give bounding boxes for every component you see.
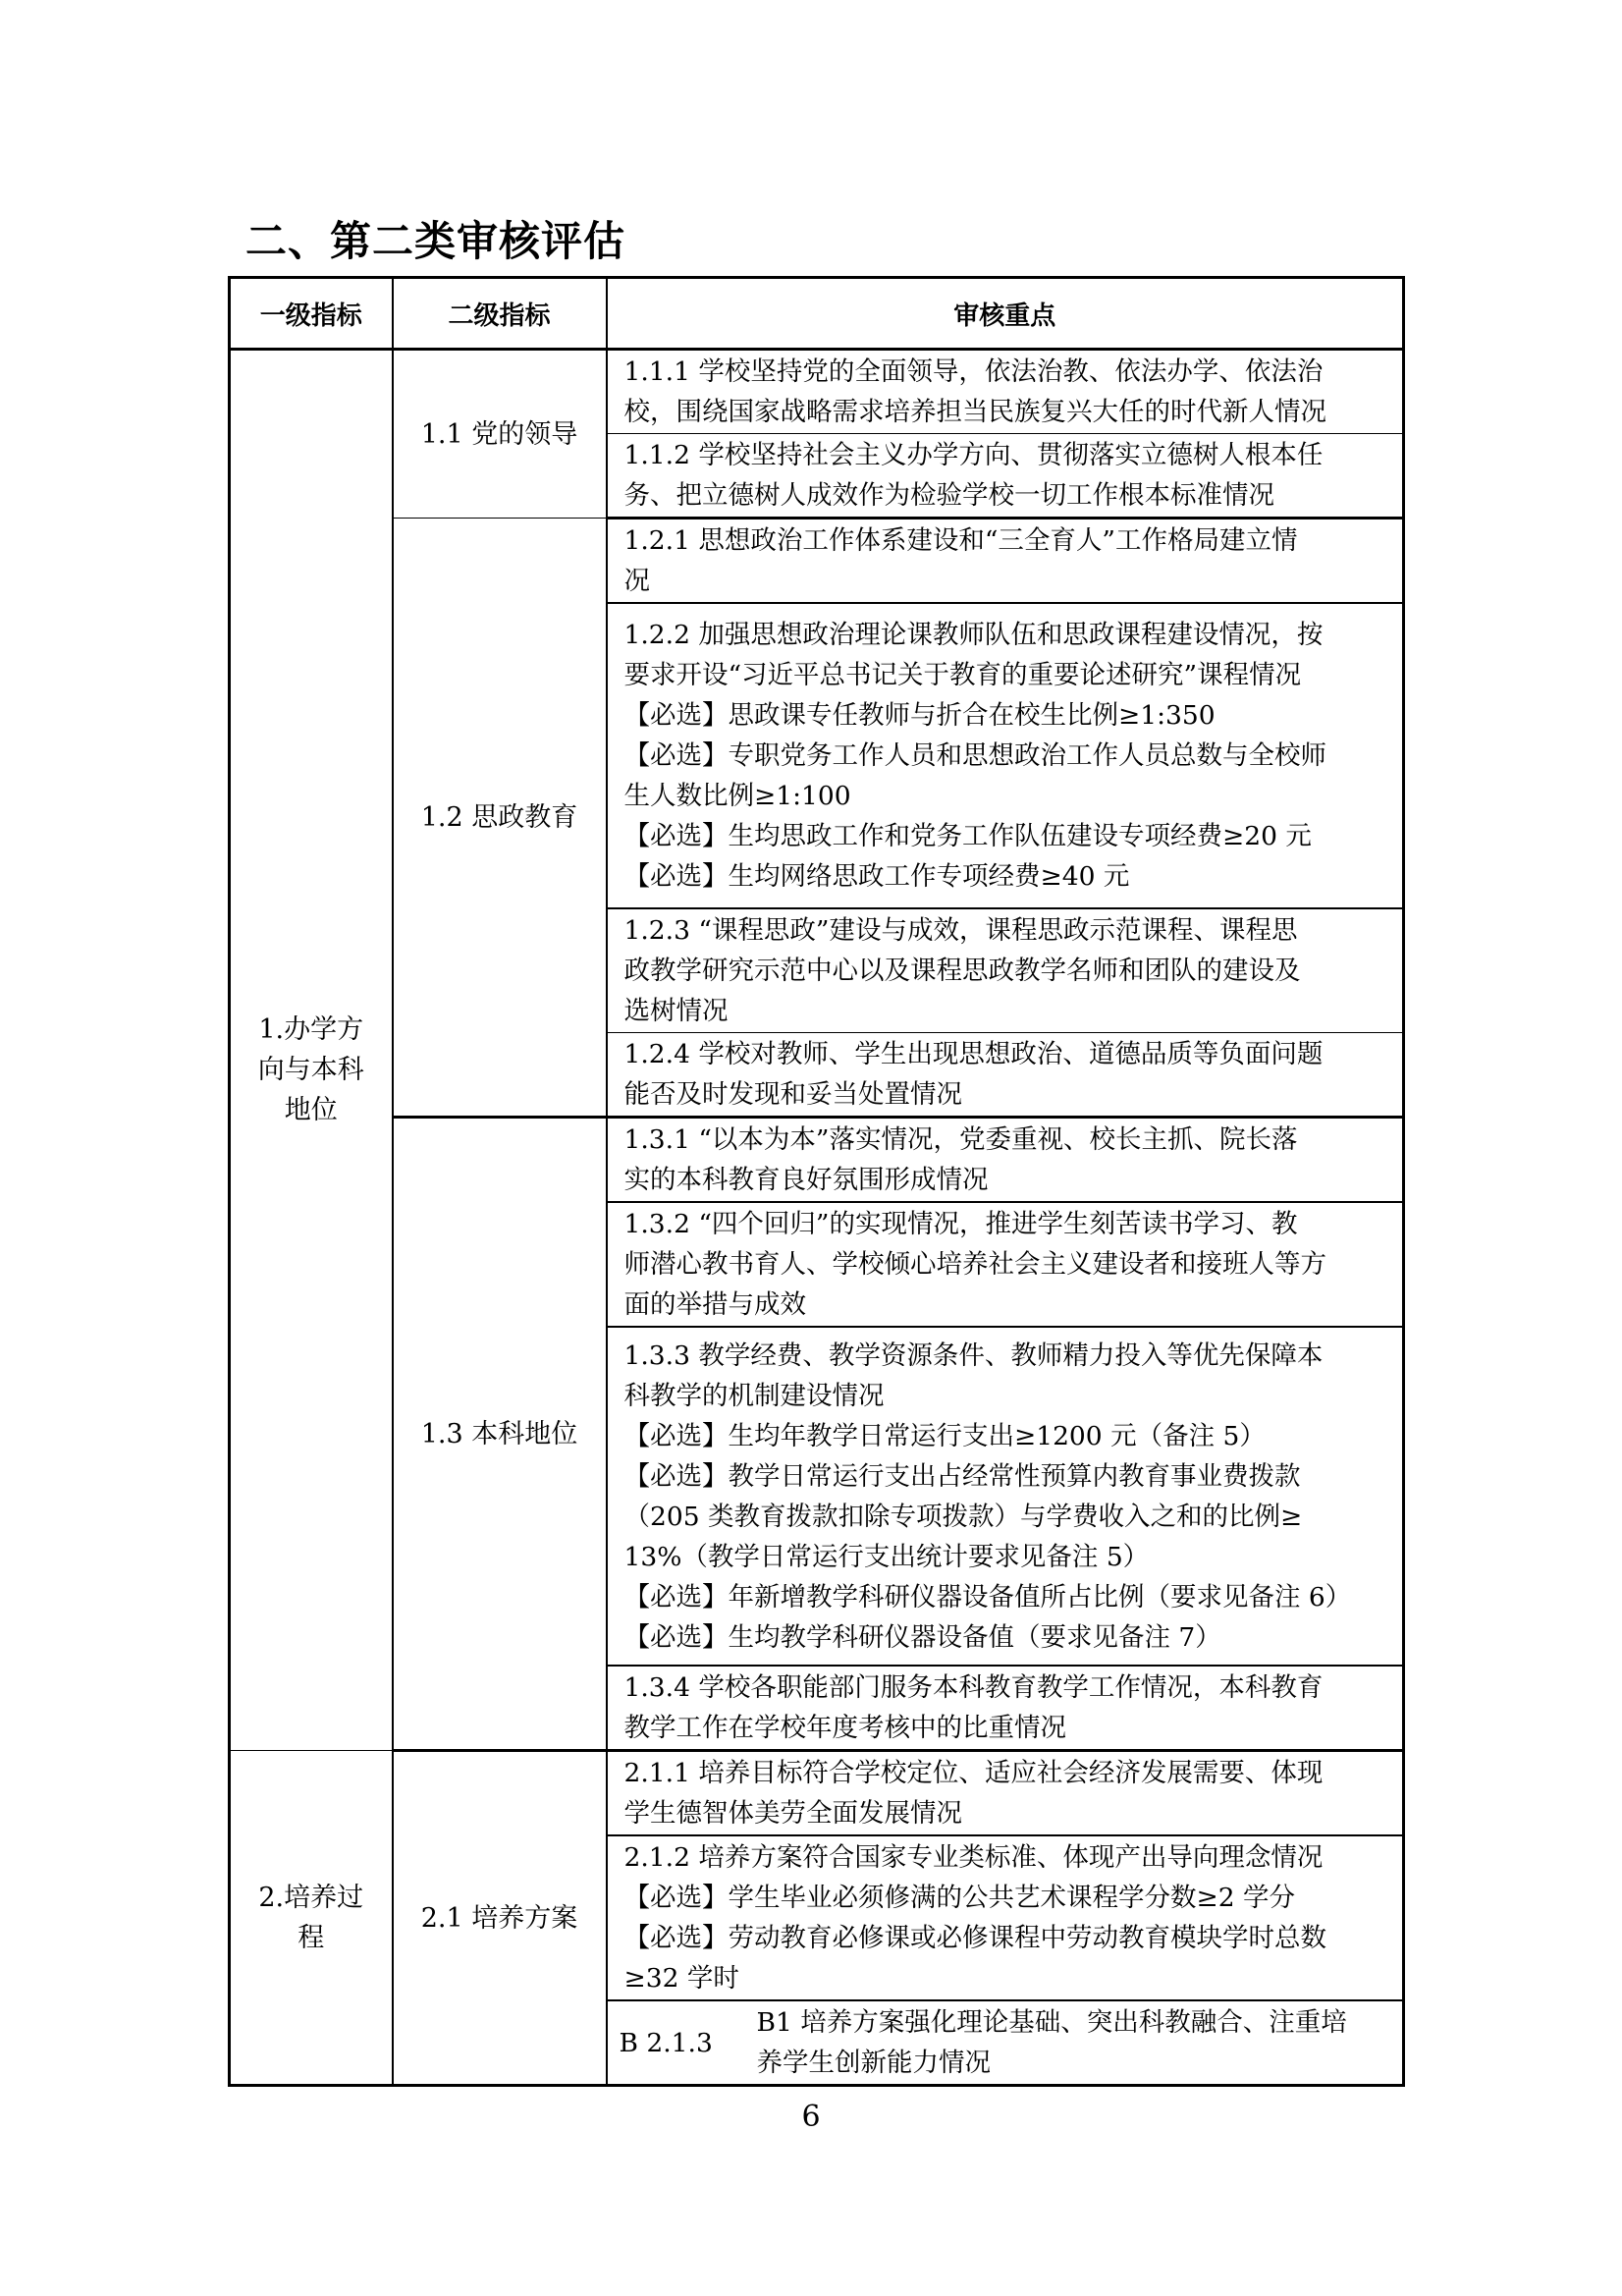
focus-line: 【必选】学生毕业必须修满的公共艺术课程学分数≥2 学分 <box>624 1878 1391 1918</box>
focus-line: 1.2.4 学校对教师、学生出现思想政治、道德品质等负面问题 <box>624 1034 1391 1074</box>
level1-cell: 2.培养过 程 <box>230 1751 393 2086</box>
focus-line: 1.2.1 思想政治工作体系建设和“三全育人”工作格局建立情 <box>624 520 1391 561</box>
focus-cell: 1.3.4 学校各职能部门服务本科教育教学工作情况，本科教育 教学工作在学校年度… <box>607 1666 1404 1751</box>
focus-cell: 1.1.1 学校坚持党的全面领导，依法治教、依法办学、依法治 校，围绕国家战略需… <box>607 350 1404 434</box>
focus-line: 况 <box>624 561 1391 601</box>
table-row: 1.2 思政教育 1.2.1 思想政治工作体系建设和“三全育人”工作格局建立情 … <box>230 519 1404 604</box>
focus-line: 1.3.2 “四个回归”的实现情况，推进学生刻苦读书学习、教 <box>624 1204 1391 1244</box>
focus-line: 1.3.3 教学经费、教学资源条件、教师精力投入等优先保障本 <box>624 1336 1391 1376</box>
focus-line: 2.1.2 培养方案符合国家专业类标准、体现产出导向理念情况 <box>624 1837 1391 1878</box>
focus-line: 选树情况 <box>624 991 1391 1031</box>
focus-cell-split: B 2.1.3 B1 培养方案强化理论基础、突出科教融合、注重培 养学生创新能力… <box>607 2000 1404 2086</box>
focus-cell: 1.3.1 “以本为本”落实情况，党委重视、校长主抓、院长落 实的本科教育良好氛… <box>607 1118 1404 1203</box>
focus-cell: 1.2.3 “课程思政”建设与成效，课程思政示范课程、课程思 政教学研究示范中心… <box>607 908 1404 1033</box>
level2-cell: 1.2 思政教育 <box>393 519 607 1118</box>
focus-line: 政教学研究示范中心以及课程思政教学名师和团队的建设及 <box>624 951 1391 991</box>
focus-line: 【必选】劳动教育必修课或必修课程中劳动教育模块学时总数 <box>624 1918 1391 1958</box>
page-number: 6 <box>0 2100 1622 2134</box>
level1-line: 地位 <box>243 1090 380 1130</box>
focus-line: 1.2.2 加强思想政治理论课教师队伍和思政课程建设情况，按 <box>624 615 1391 655</box>
header-focus: 审核重点 <box>607 278 1404 350</box>
focus-line: 能否及时发现和妥当处置情况 <box>624 1074 1391 1115</box>
focus-line: 【必选】思政课专任教师与折合在校生比例≥1:350 <box>624 695 1391 736</box>
focus-line: 1.1.2 学校坚持社会主义办学方向、贯彻落实立德树人根本任 <box>624 435 1391 475</box>
table-row: 1.3 本科地位 1.3.1 “以本为本”落实情况，党委重视、校长主抓、院长落 … <box>230 1118 1404 1203</box>
focus-line: 2.1.1 培养目标符合学校定位、适应社会经济发展需要、体现 <box>624 1753 1391 1793</box>
table-row: 2.培养过 程 2.1 培养方案 2.1.1 培养目标符合学校定位、适应社会经济… <box>230 1751 1404 1836</box>
sub-table: B 2.1.3 B1 培养方案强化理论基础、突出科教融合、注重培 养学生创新能力… <box>608 2001 1403 2084</box>
focus-cell: 1.3.2 “四个回归”的实现情况，推进学生刻苦读书学习、教 师潜心教书育人、学… <box>607 1202 1404 1327</box>
focus-line: 务、把立德树人成效作为检验学校一切工作根本标准情况 <box>624 475 1391 516</box>
focus-line: ≥32 学时 <box>624 1958 1391 1998</box>
focus-cell: 1.2.2 加强思想政治理论课教师队伍和思政课程建设情况，按 要求开设“习近平总… <box>607 603 1404 908</box>
focus-line: 师潜心教书育人、学校倾心培养社会主义建设者和接班人等方 <box>624 1244 1391 1285</box>
level2-cell: 2.1 培养方案 <box>393 1751 607 2086</box>
focus-line: 面的举措与成效 <box>624 1285 1391 1325</box>
header-level2: 二级指标 <box>393 278 607 350</box>
level1-line: 1.办学方 <box>243 1010 380 1050</box>
table-header-row: 一级指标 二级指标 审核重点 <box>230 278 1404 350</box>
focus-cell: 1.1.2 学校坚持社会主义办学方向、贯彻落实立德树人根本任 务、把立德树人成效… <box>607 434 1404 519</box>
focus-cell: 1.3.3 教学经费、教学资源条件、教师精力投入等优先保障本 科教学的机制建设情… <box>607 1327 1404 1666</box>
focus-line: 13%（教学日常运行支出统计要求见备注 5） <box>624 1537 1391 1577</box>
focus-line: 【必选】教学日常运行支出占经常性预算内教育事业费拨款 <box>624 1456 1391 1497</box>
focus-line: B1 培养方案强化理论基础、突出科教融合、注重培 <box>757 2002 1391 2043</box>
focus-line: （205 类教育拨款扣除专项拨款）与学费收入之和的比例≥ <box>624 1497 1391 1537</box>
focus-line: 养学生创新能力情况 <box>757 2043 1391 2083</box>
focus-cell: 2.1.2 培养方案符合国家专业类标准、体现产出导向理念情况 【必选】学生毕业必… <box>607 1835 1404 2000</box>
item-code: B 2.1.3 <box>608 2001 743 2084</box>
level1-line: 向与本科 <box>243 1050 380 1090</box>
table-row: 1.办学方 向与本科 地位 1.1 党的领导 1.1.1 学校坚持党的全面领导，… <box>230 350 1404 434</box>
section-title: 二、第二类审核评估 <box>245 214 625 269</box>
focus-line: 1.1.1 学校坚持党的全面领导，依法治教、依法办学、依法治 <box>624 352 1391 392</box>
focus-line: 【必选】生均思政工作和党务工作队伍建设专项经费≥20 元 <box>624 816 1391 856</box>
focus-cell: B1 培养方案强化理论基础、突出科教融合、注重培 养学生创新能力情况 <box>743 2001 1403 2084</box>
focus-line: 1.2.3 “课程思政”建设与成效，课程思政示范课程、课程思 <box>624 910 1391 951</box>
focus-line: 要求开设“习近平总书记关于教育的重要论述研究”课程情况 <box>624 655 1391 695</box>
focus-cell: 1.2.1 思想政治工作体系建设和“三全育人”工作格局建立情 况 <box>607 519 1404 604</box>
focus-line: 【必选】专职党务工作人员和思想政治工作人员总数与全校师 <box>624 736 1391 776</box>
focus-line: 【必选】生均年教学日常运行支出≥1200 元（备注 5） <box>624 1416 1391 1456</box>
level1-cell: 1.办学方 向与本科 地位 <box>230 350 393 1751</box>
focus-line: 【必选】年新增教学科研仪器设备值所占比例（要求见备注 6） <box>624 1577 1391 1617</box>
header-level1: 一级指标 <box>230 278 393 350</box>
focus-line: 学生德智体美劳全面发展情况 <box>624 1793 1391 1833</box>
focus-line: 1.3.1 “以本为本”落实情况，党委重视、校长主抓、院长落 <box>624 1120 1391 1160</box>
focus-line: 生人数比例≥1:100 <box>624 776 1391 816</box>
focus-cell: 1.2.4 学校对教师、学生出现思想政治、道德品质等负面问题 能否及时发现和妥当… <box>607 1033 1404 1118</box>
focus-line: 【必选】生均网络思政工作专项经费≥40 元 <box>624 856 1391 897</box>
audit-table: 一级指标 二级指标 审核重点 1.办学方 向与本科 地位 1.1 党的领导 1.… <box>228 276 1405 2087</box>
level2-cell: 1.1 党的领导 <box>393 350 607 519</box>
level1-line: 2.培养过 <box>243 1878 380 1918</box>
focus-line: 教学工作在学校年度考核中的比重情况 <box>624 1708 1391 1748</box>
focus-cell: 2.1.1 培养目标符合学校定位、适应社会经济发展需要、体现 学生德智体美劳全面… <box>607 1751 1404 1836</box>
focus-line: 实的本科教育良好氛围形成情况 <box>624 1160 1391 1200</box>
focus-line: 1.3.4 学校各职能部门服务本科教育教学工作情况，本科教育 <box>624 1667 1391 1708</box>
level2-cell: 1.3 本科地位 <box>393 1118 607 1751</box>
level1-line: 程 <box>243 1918 380 1958</box>
focus-line: 校，围绕国家战略需求培养担当民族复兴大任的时代新人情况 <box>624 392 1391 432</box>
focus-line: 【必选】生均教学科研仪器设备值（要求见备注 7） <box>624 1617 1391 1658</box>
focus-line: 科教学的机制建设情况 <box>624 1376 1391 1416</box>
